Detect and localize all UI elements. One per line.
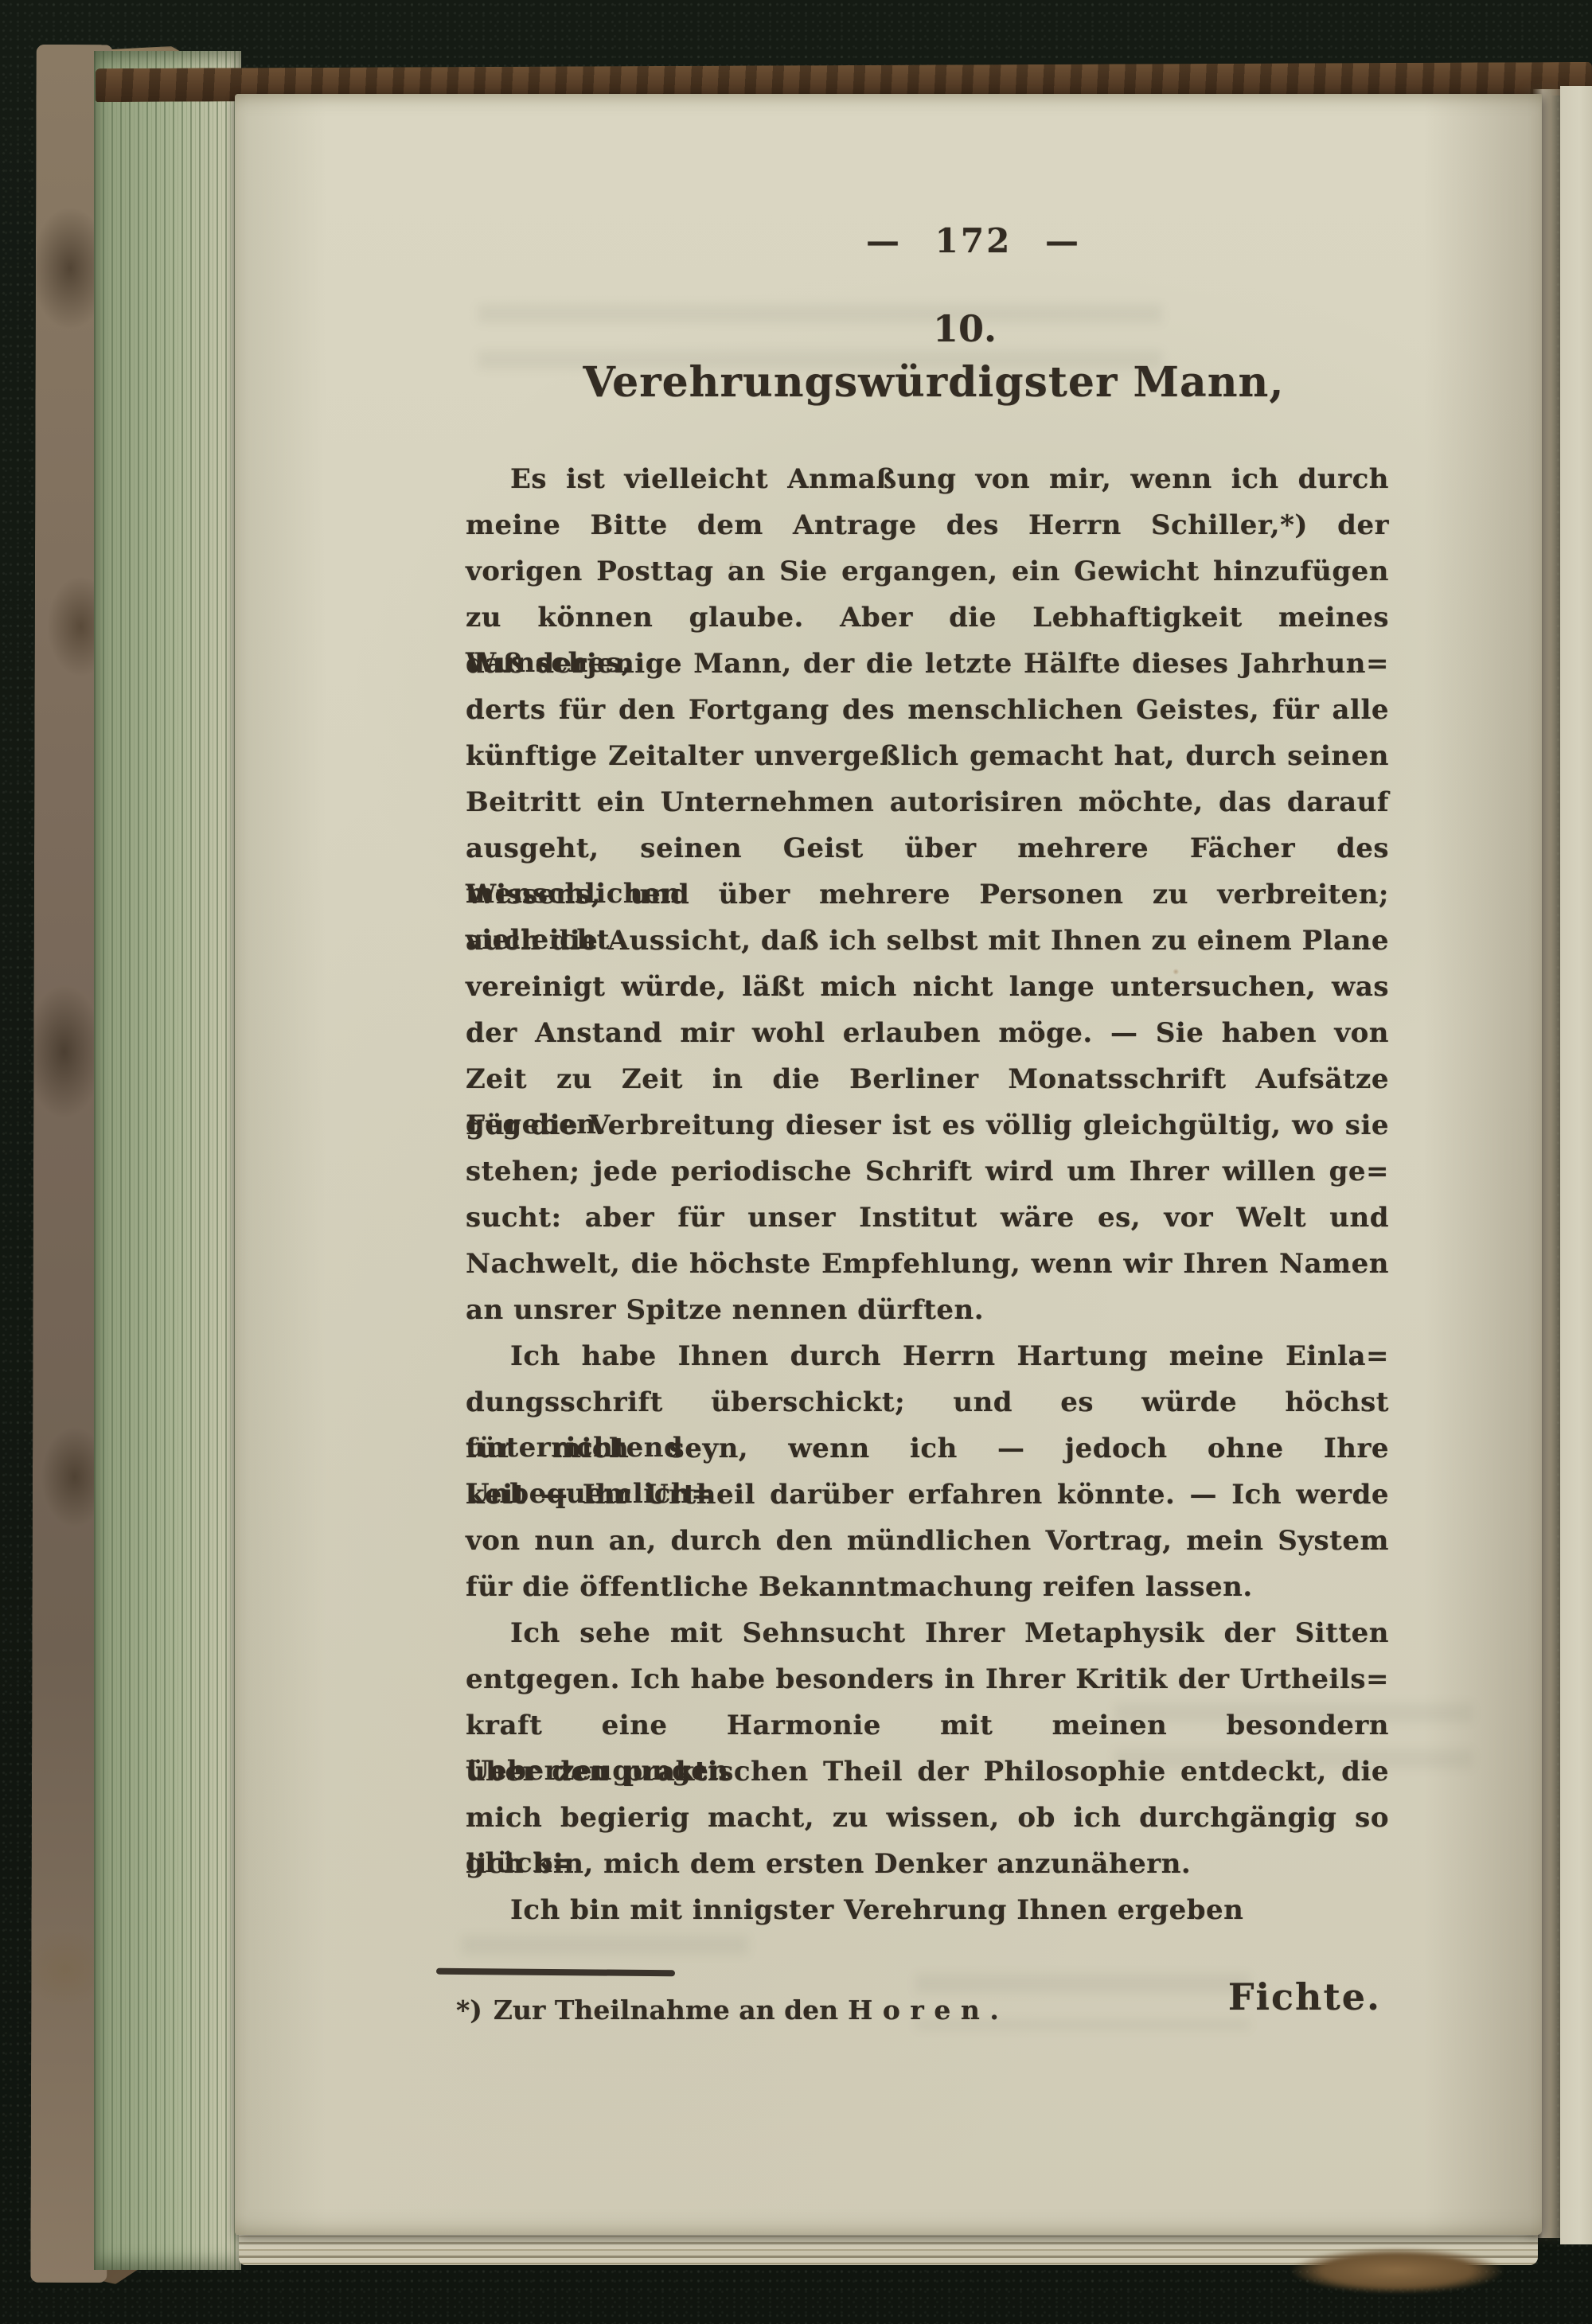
text-line: Ich habe Ihnen durch Herrn Hartung meine…: [466, 1334, 1389, 1380]
text-line: Ich bin mit innigster Verehrung Ihnen er…: [466, 1888, 1389, 1934]
text-line: Ich sehe mit Sehnsucht Ihrer Metaphysik …: [466, 1611, 1389, 1657]
show-through-smudge: [462, 1936, 748, 1969]
text-line: derts für den Fortgang des menschlichen …: [466, 688, 1389, 734]
page-number: — 172 —: [512, 221, 1435, 267]
footnote: *)Zur Theilnahme an denHoren.: [456, 1995, 1332, 2026]
paragraph-2: Ich habe Ihnen durch Herrn Hartung meine…: [466, 1334, 1389, 1611]
footnote-work-title: Horen: [848, 1995, 989, 2026]
text-line: Nachwelt, die höchste Empfehlung, wenn w…: [466, 1242, 1389, 1288]
footnote-text: Zur Theilnahme an den: [494, 1995, 838, 2026]
text-line: entgegen. Ich habe besonders in Ihrer Kr…: [466, 1657, 1389, 1703]
text-line: zu können glaube. Aber die Lebhaftigkeit…: [466, 595, 1389, 641]
text-line: auch die Aussicht, daß ich selbst mit Ih…: [466, 918, 1389, 965]
text-line: keit — Ihr Urtheil darüber erfahren könn…: [466, 1472, 1389, 1519]
text-line: der Anstand mir wohl erlauben möge. — Si…: [466, 1011, 1389, 1057]
paragraph-4-closing: Ich bin mit innigster Verehrung Ihnen er…: [466, 1888, 1389, 1934]
text-line: für die öffentliche Bekanntmachung reife…: [466, 1565, 1389, 1611]
text-line: ausgeht, seinen Geist über mehrere Fäche…: [466, 826, 1389, 872]
text-line: von nun an, durch den mündlichen Vortrag…: [466, 1519, 1389, 1565]
text-line: meine Bitte dem Antrage des Herrn Schill…: [466, 503, 1389, 549]
text-line: an unsrer Spitze nennen dürften.: [466, 1288, 1389, 1334]
text-line: sucht: aber für unser Institut wäre es, …: [466, 1195, 1389, 1242]
text-line: Für die Verbreitung dieser ist es völlig…: [466, 1103, 1389, 1149]
text-line: Beitritt ein Unternehmen autorisiren möc…: [466, 780, 1389, 826]
text-line: Es ist vielleicht Anmaßung von mir, wenn…: [466, 457, 1389, 503]
paragraph-3: Ich sehe mit Sehnsucht Ihrer Metaphysik …: [466, 1611, 1389, 1888]
next-page-sliver: [1560, 86, 1592, 2244]
text-line: kraft eine Harmonie mit meinen besondern…: [466, 1703, 1389, 1749]
letter-salutation: Verehrungswürdigster Mann,: [472, 358, 1395, 407]
text-line: für mich seyn, wenn ich — jedoch ohne Ih…: [466, 1426, 1389, 1472]
text-line: vorigen Posttag an Sie ergangen, ein Gew…: [466, 549, 1389, 595]
text-line: daß derjenige Mann, der die letzte Hälft…: [466, 641, 1389, 688]
text-line: über den praktischen Theil der Philosoph…: [466, 1749, 1389, 1796]
footnote-suffix: .: [989, 1995, 999, 2026]
text-line: vereinigt würde, läßt mich nicht lange u…: [466, 965, 1389, 1011]
text-line: künftige Zeitalter unvergeßlich gemacht …: [466, 734, 1389, 780]
scanned-book-photo: — 172 — 10. Verehrungswürdigster Mann, E…: [0, 0, 1592, 2324]
letter-body: Es ist vielleicht Anmaßung von mir, wenn…: [466, 457, 1389, 1934]
text-line: dungsschrift überschickt; und es würde h…: [466, 1380, 1389, 1426]
text-line: lich bin, mich dem ersten Denker anzunäh…: [466, 1842, 1389, 1888]
section-number: 10.: [503, 307, 1426, 350]
text-line: Zeit zu Zeit in die Berliner Monatsschri…: [466, 1057, 1389, 1103]
cover-bottom-wedge: [1290, 2248, 1504, 2294]
paragraph-1: Es ist vielleicht Anmaßung von mir, wenn…: [466, 457, 1389, 1334]
text-line: Wissens, und über mehrere Personen zu ve…: [466, 872, 1389, 918]
page-edge-stack: [94, 51, 241, 2270]
footnote-marker: *): [456, 1995, 482, 2026]
text-line: stehen; jede periodische Schrift wird um…: [466, 1149, 1389, 1195]
text-line: mich begierig macht, zu wissen, ob ich d…: [466, 1796, 1389, 1842]
